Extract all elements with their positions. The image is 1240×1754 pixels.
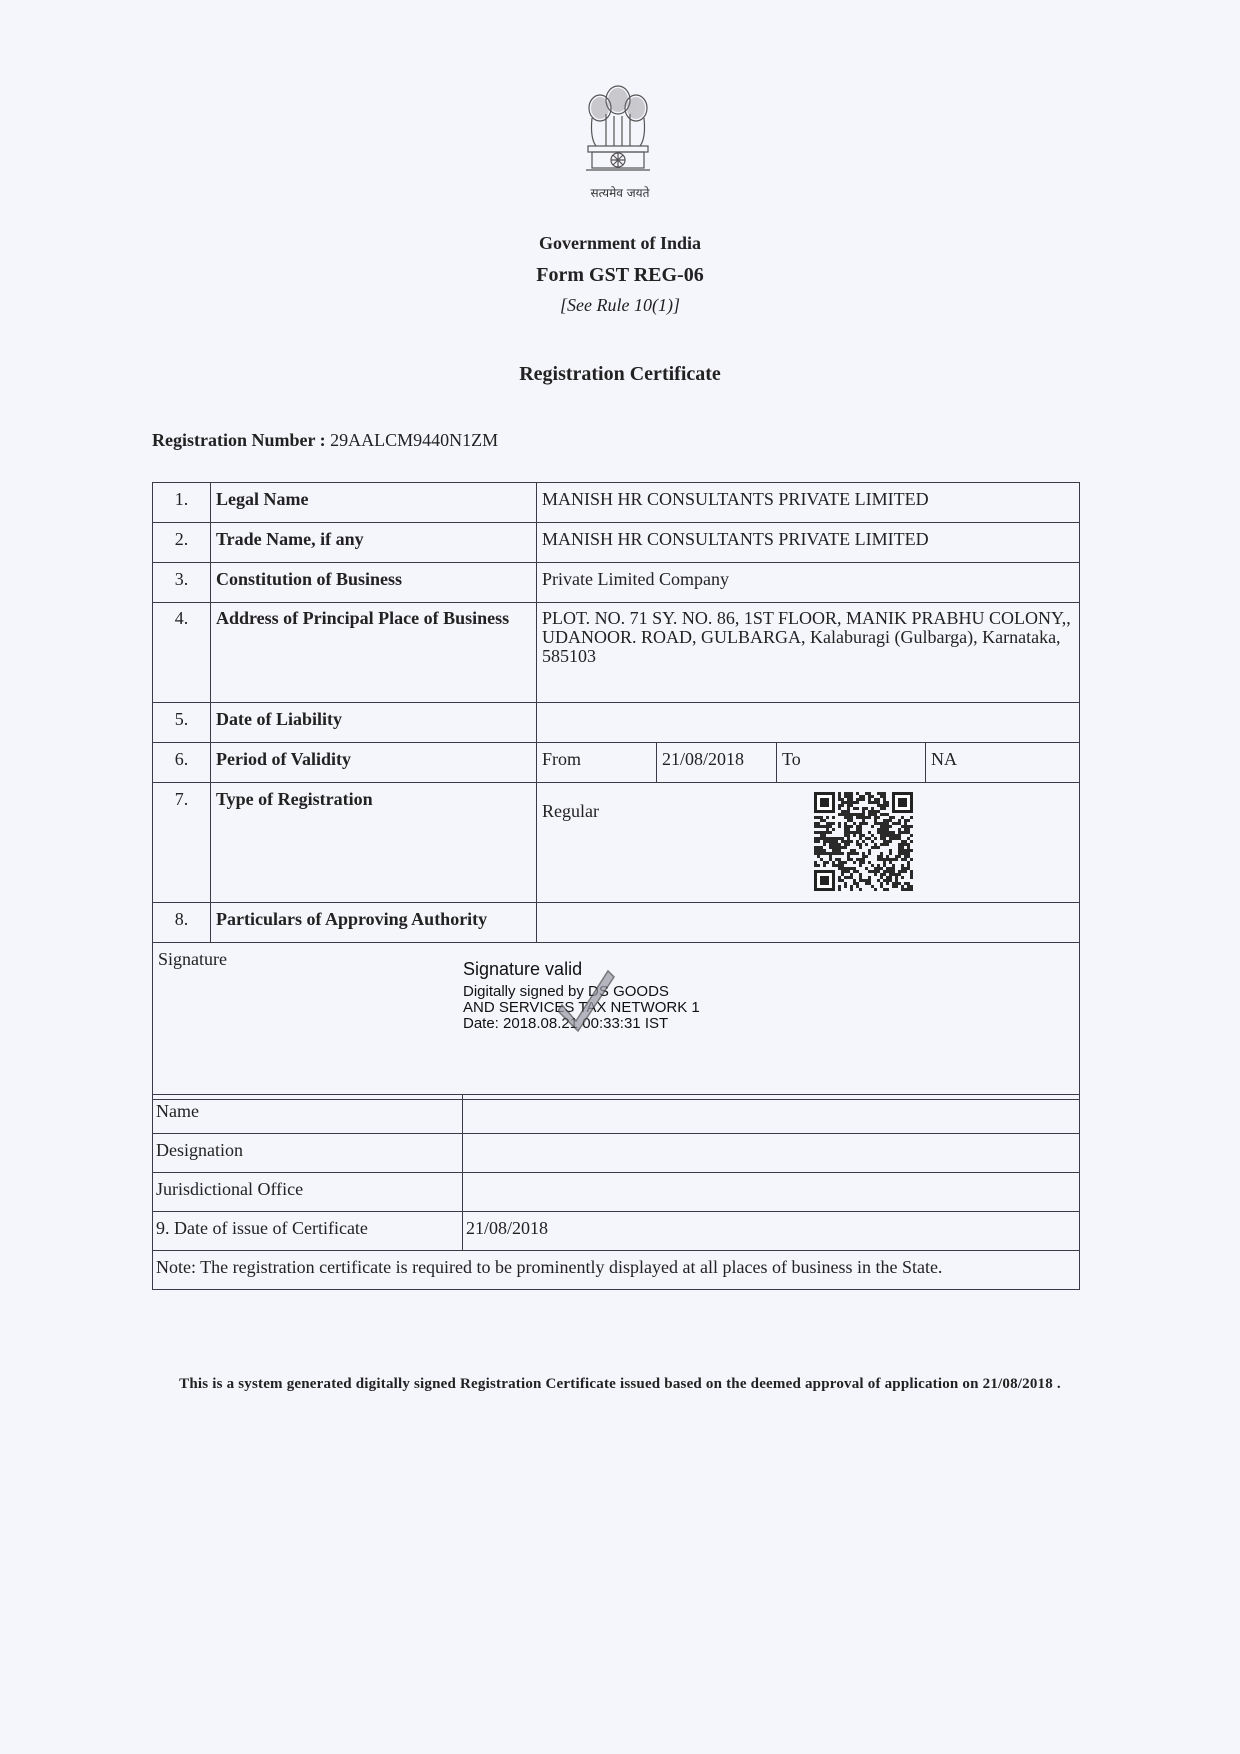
emblem-motto: सत्यमेव जयते: [560, 184, 680, 201]
row-label: Trade Name, if any: [211, 523, 537, 563]
table-row: 7. Type of Registration Regular: [153, 783, 1080, 903]
table-row: Jurisdictional Office: [153, 1173, 1080, 1212]
jurisdictional-office-label: Jurisdictional Office: [153, 1173, 463, 1212]
row-number: 5.: [153, 703, 211, 743]
form-name: Form GST REG-06: [0, 264, 1240, 287]
designation-label: Designation: [153, 1134, 463, 1173]
authority-name-label: Name: [153, 1095, 463, 1134]
table-row: 6. Period of Validity From 21/08/2018 To…: [153, 743, 1080, 783]
row-number: 1.: [153, 483, 211, 523]
qr-code-icon: [814, 792, 913, 891]
validity-from-value: 21/08/2018: [657, 743, 777, 783]
row-number: 4.: [153, 603, 211, 703]
date-of-liability-value: [537, 703, 1080, 743]
registration-number-label: Registration Number :: [152, 430, 326, 450]
validity-to-value: NA: [926, 743, 1080, 783]
digital-signature-block[interactable]: Signature valid Digitally signed by DS G…: [463, 959, 700, 1032]
signature-cell: Signature Signature valid Digitally sign…: [153, 943, 1080, 1100]
table-row: Name: [153, 1095, 1080, 1134]
registration-number-value: 29AALCM9440N1ZM: [330, 430, 498, 450]
table-row: 4. Address of Principal Place of Busines…: [153, 603, 1080, 703]
authority-table: Name Designation Jurisdictional Office 9…: [152, 1094, 1080, 1290]
row-number: 2.: [153, 523, 211, 563]
row-number: 7.: [153, 783, 211, 903]
issuer-heading: Government of India: [0, 233, 1240, 254]
table-row: 9. Date of issue of Certificate 21/08/20…: [153, 1212, 1080, 1251]
display-note: Note: The registration certificate is re…: [153, 1251, 1080, 1290]
legal-name-value: MANISH HR CONSULTANTS PRIVATE LIMITED: [537, 483, 1080, 523]
issue-date-value: 21/08/2018: [463, 1212, 1080, 1251]
checkmark-icon: [558, 965, 618, 1035]
row-number: 8.: [153, 903, 211, 943]
signature-label: Signature: [158, 949, 227, 969]
row-label: Address of Principal Place of Business: [211, 603, 537, 703]
authority-name-value: [463, 1095, 1080, 1134]
national-emblem-icon: [578, 78, 658, 178]
row-label: Constitution of Business: [211, 563, 537, 603]
registration-type-cell: Regular: [537, 783, 1080, 903]
trade-name-value: MANISH HR CONSULTANTS PRIVATE LIMITED: [537, 523, 1080, 563]
row-label: Legal Name: [211, 483, 537, 523]
issue-date-label: 9. Date of issue of Certificate: [153, 1212, 463, 1251]
table-row: 1. Legal Name MANISH HR CONSULTANTS PRIV…: [153, 483, 1080, 523]
table-row: 8. Particulars of Approving Authority: [153, 903, 1080, 943]
row-label: Period of Validity: [211, 743, 537, 783]
certificate-details-table: 1. Legal Name MANISH HR CONSULTANTS PRIV…: [152, 482, 1080, 1100]
address-value: PLOT. NO. 71 SY. NO. 86, 1ST FLOOR, MANI…: [537, 603, 1080, 703]
registration-type-value: Regular: [542, 801, 599, 822]
row-label: Date of Liability: [211, 703, 537, 743]
table-row: 3. Constitution of Business Private Limi…: [153, 563, 1080, 603]
signature-row: Signature Signature valid Digitally sign…: [153, 943, 1080, 1100]
row-label: Type of Registration: [211, 783, 537, 903]
row-number: 6.: [153, 743, 211, 783]
row-label: Particulars of Approving Authority: [211, 903, 537, 943]
jurisdictional-office-value: [463, 1173, 1080, 1212]
system-generated-note: This is a system generated digitally sig…: [0, 1376, 1240, 1393]
table-row: Note: The registration certificate is re…: [153, 1251, 1080, 1290]
table-row: 5. Date of Liability: [153, 703, 1080, 743]
certificate-title: Registration Certificate: [0, 363, 1240, 386]
constitution-value: Private Limited Company: [537, 563, 1080, 603]
validity-from-label: From: [537, 743, 657, 783]
table-row: 2. Trade Name, if any MANISH HR CONSULTA…: [153, 523, 1080, 563]
rule-reference: [See Rule 10(1)]: [0, 295, 1240, 316]
registration-number: Registration Number : 29AALCM9440N1ZM: [152, 430, 498, 451]
validity-to-label: To: [777, 743, 926, 783]
table-row: Designation: [153, 1134, 1080, 1173]
approving-authority-value: [537, 903, 1080, 943]
designation-value: [463, 1134, 1080, 1173]
row-number: 3.: [153, 563, 211, 603]
